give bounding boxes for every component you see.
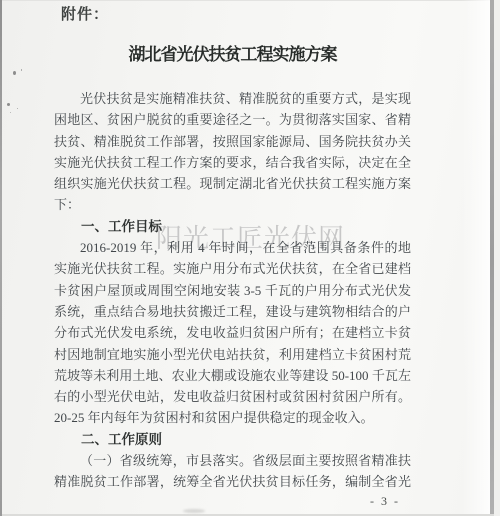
attachment-label: 附件： (61, 3, 109, 24)
scan-speck (7, 103, 10, 106)
scan-fade-right (462, 0, 490, 516)
paragraph1-line: 实施光伏扶贫工程工作方案的要求，结合我省实际，决定在全省 (54, 152, 411, 173)
paragraph2-line: 2016-2019 年，利用 4 年时间，在全省范围具备条件的地区 (54, 237, 411, 258)
paragraph2-line: 村因地制宜地实施小型光伏电站扶贫，利用建档立卡贫困村荒山 (54, 344, 411, 365)
document-body: 光伏扶贫是实施精准扶贫、精准脱贫的重要方式，是实现贫 困地区、贫困户脱贫的重要途… (54, 88, 411, 493)
paragraph1-line: 困地区、贫困户脱贫的重要途径之一。为贯彻落实国家、省精准 (54, 109, 411, 130)
scanned-document-page: 附件： 湖北省光伏扶贫工程实施方案 阳光工匠光伏网 光伏扶贫是实施精准扶贫、精准… (0, 0, 500, 516)
paragraph2-line: 右的小型光伏电站，发电收益归贫困村或贫困村贫困户所有。在 (54, 386, 411, 407)
paragraph1-line: 组织实施光伏扶贫工程。现制定湖北省光伏扶贫工程实施方案如 (54, 173, 411, 194)
paragraph2-line: 卡贫困户屋顶或周围空闲地安装 3-5 千瓦的户用分布式光伏发电 (54, 280, 411, 301)
scan-edge-left (0, 0, 2, 516)
page-number: - 3 - (370, 494, 400, 509)
section-heading-2: 二、工作原则 (54, 429, 411, 450)
paragraph2-line: 荒坡等未利用土地、农业大棚或设施农业等建设 50-100 千瓦左 (54, 365, 411, 386)
paragraph3-line: （一）省级统筹，市县落实。省级层面主要按照省精准扶贫、 (54, 450, 411, 471)
paragraph1-line: 下： (54, 194, 411, 215)
paragraph1-line: 光伏扶贫是实施精准扶贫、精准脱贫的重要方式，是实现贫 (54, 88, 411, 109)
paragraph3-line: 精准脱贫工作部署，统筹全省光伏扶贫目标任务，编制全省光伏 (54, 471, 411, 492)
scan-margin-right (494, 0, 500, 516)
document-title: 湖北省光伏扶贫工程实施方案 (54, 40, 411, 65)
section-heading-1: 一、工作目标 (54, 216, 411, 237)
scan-speck (13, 71, 16, 75)
paragraph2-line: 20-25 年内每年为贫困村和贫困户提供稳定的现金收入。 (54, 407, 411, 428)
paragraph2-line: 系统，重点结合易地扶贫搬迁工程，建设与建筑物相结合的户用 (54, 301, 411, 322)
paragraph1-line: 扶贫、精准脱贫工作部署，按照国家能源局、国务院扶贫办关于 (54, 131, 411, 152)
scan-smudge (183, 509, 205, 513)
scan-edge-top (0, 0, 500, 1)
paragraph2-line: 实施光伏扶贫工程。实施户用分布式光伏扶贫，在全省已建档立 (54, 258, 411, 279)
paragraph2-line: 分布式光伏发电系统，发电收益归贫困户所有；在建档立卡贫困 (54, 322, 411, 343)
